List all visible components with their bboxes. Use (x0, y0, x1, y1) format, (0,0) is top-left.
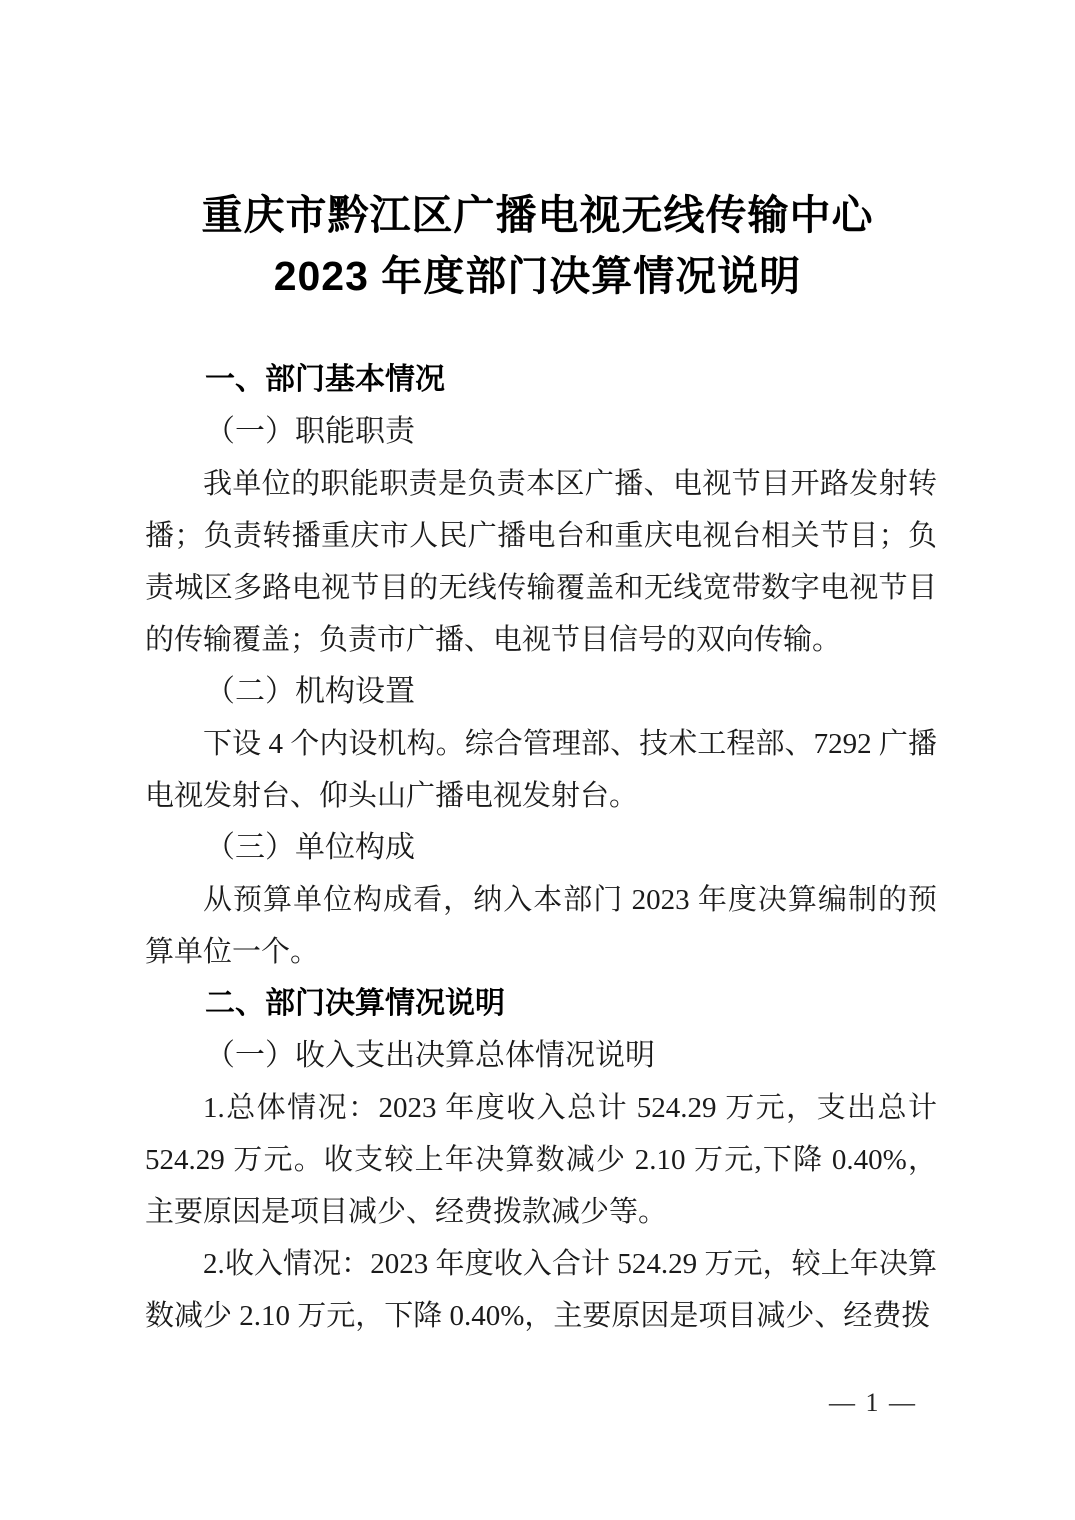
paragraph-income-situation: 2.收入情况：2023 年度收入合计 524.29 万元，较上年决算数减少 2.… (145, 1238, 937, 1342)
document-title-line2: 2023 年度部门决算情况说明 (0, 246, 1075, 307)
document-body: 一、部门基本情况 （一）职能职责 我单位的职能职责是负责本区广播、电视节目开路发… (145, 354, 937, 1342)
subheading-composition: （三）单位构成 (145, 822, 937, 874)
paragraph-functions: 我单位的职能职责是负责本区广播、电视节目开路发射转播；负责转播重庆市人民广播电台… (145, 458, 937, 666)
page-number: — 1 — (829, 1388, 917, 1418)
paragraph-structure: 下设 4 个内设机构。综合管理部、技术工程部、7292 广播电视发射台、仰头山广… (145, 718, 937, 822)
document-page: 重庆市黔江区广播电视无线传输中心 2023 年度部门决算情况说明 一、部门基本情… (0, 0, 1075, 1520)
paragraph-overall-situation: 1.总体情况：2023 年度收入总计 524.29 万元，支出总计 524.29… (145, 1082, 937, 1238)
subheading-functions: （一）职能职责 (145, 406, 937, 458)
paragraph-composition: 从预算单位构成看，纳入本部门 2023 年度决算编制的预算单位一个。 (145, 874, 937, 978)
document-title: 重庆市黔江区广播电视无线传输中心 2023 年度部门决算情况说明 (0, 185, 1075, 307)
subheading-structure: （二）机构设置 (145, 666, 937, 718)
document-title-line1: 重庆市黔江区广播电视无线传输中心 (0, 185, 1075, 246)
heading-part-2: 二、部门决算情况说明 (145, 978, 937, 1030)
subheading-budget-overview: （一）收入支出决算总体情况说明 (145, 1030, 937, 1082)
heading-part-1: 一、部门基本情况 (145, 354, 937, 406)
